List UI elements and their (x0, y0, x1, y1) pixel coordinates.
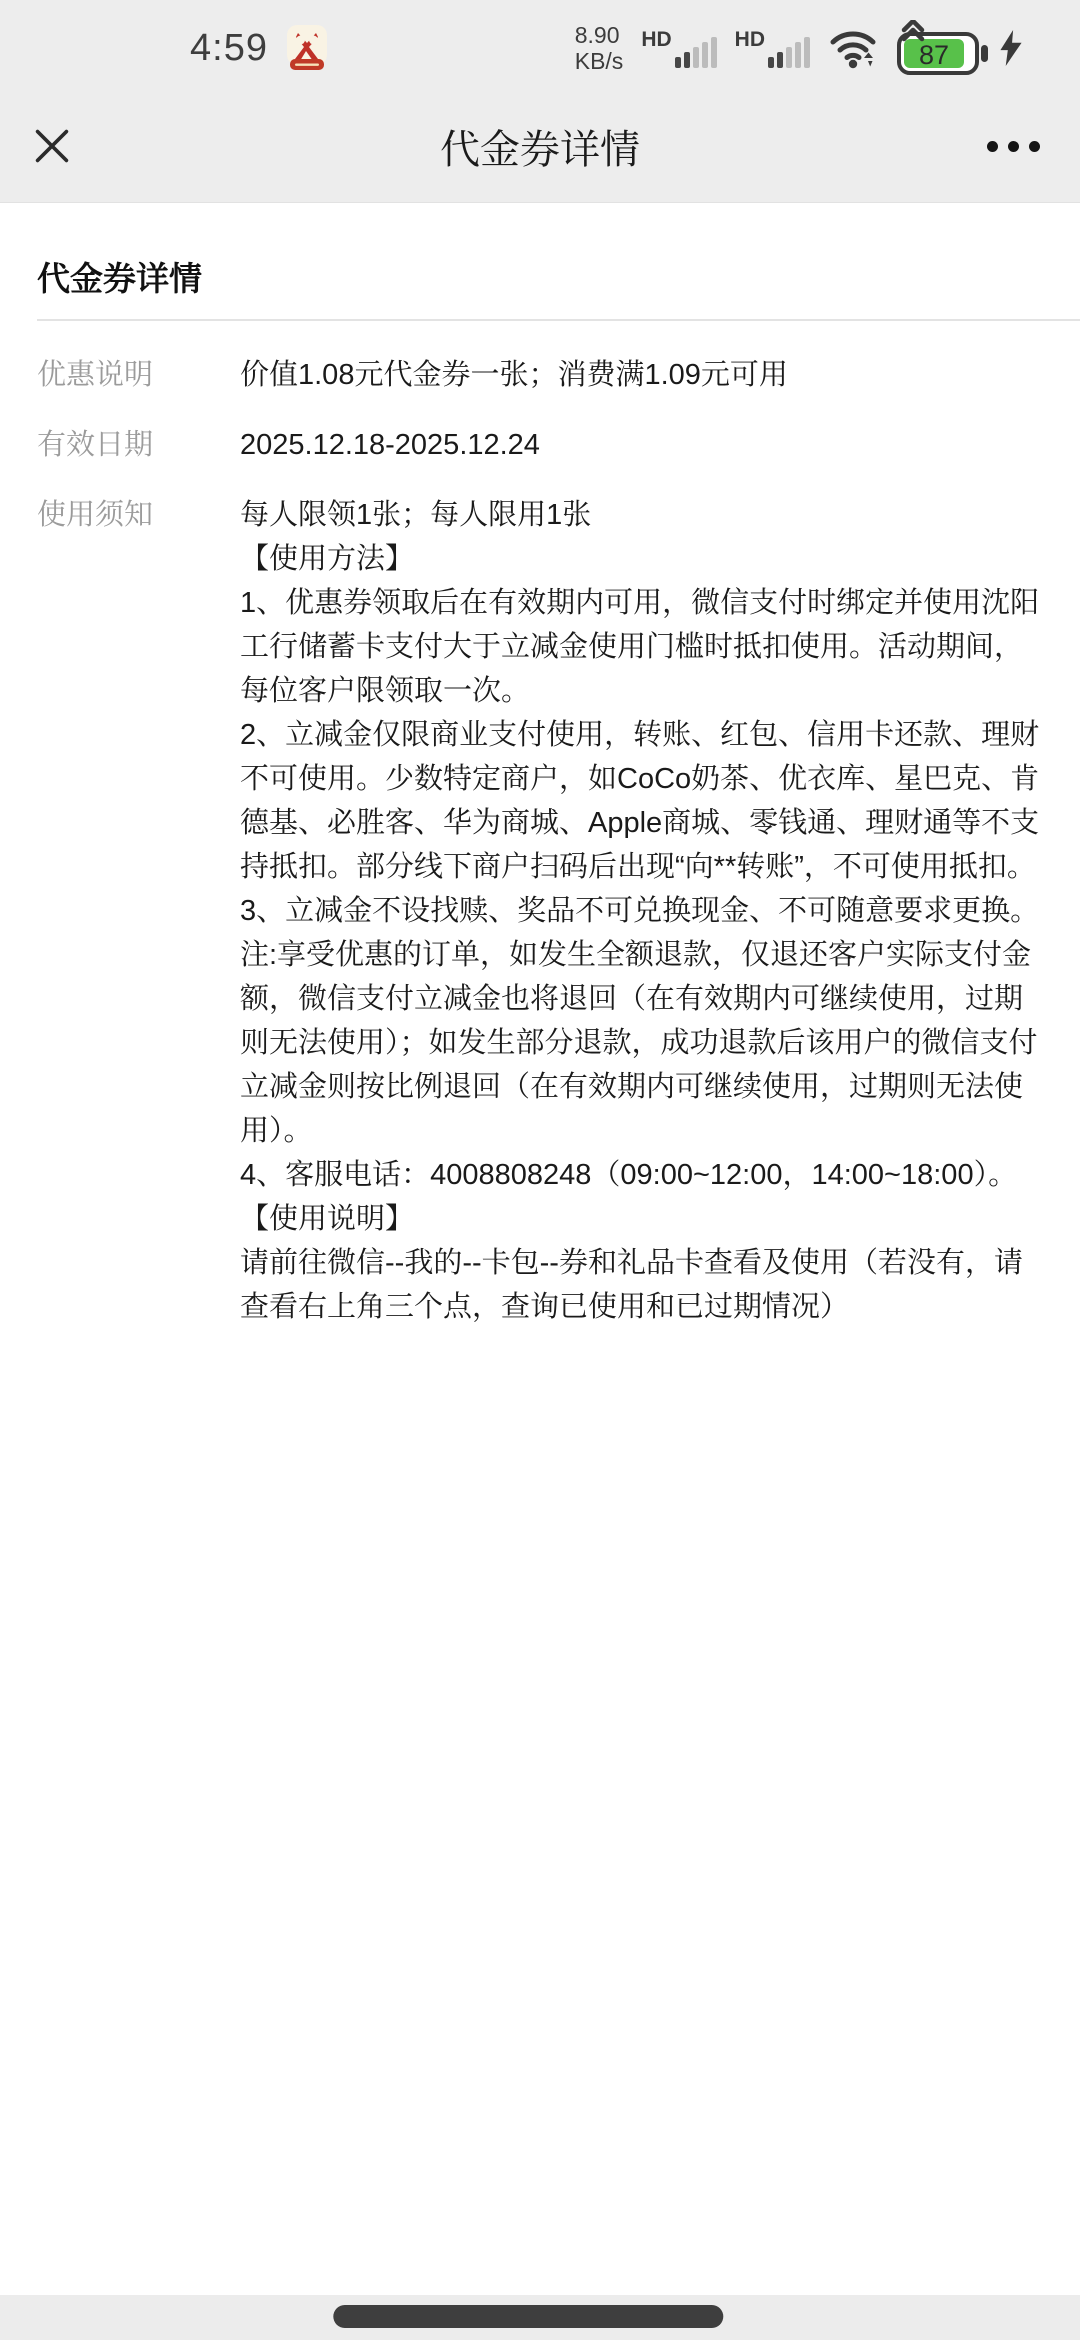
usage-note-line: 【使用方法】 (240, 537, 1045, 581)
field-row-validity: 有效日期 2025.12.18-2025.12.24 (37, 423, 1045, 467)
voucher-detail-panel: 代金券详情 优惠说明 价值1.08元代金券一张；消费满1.09元可用 有效日期 … (0, 203, 1080, 2295)
usage-note-line: 4、客服电话：4008808248（09:00~12:00，14:00~18:0… (240, 1153, 1045, 1197)
usage-note-line: 【使用说明】 (240, 1197, 1045, 1241)
app-notification-icon (284, 23, 330, 73)
wifi-icon (828, 27, 878, 69)
field-label: 优惠说明 (37, 353, 240, 397)
sim1-signal-bars: HD (641, 28, 716, 68)
more-options-icon[interactable] (983, 127, 1044, 166)
navigation-bar: 代金券详情 (0, 90, 1080, 203)
usage-notes: 每人限领1张；每人限用1张【使用方法】1、优惠券领取后在有效期内可用，微信支付时… (240, 493, 1045, 1329)
sim2-signal-bars: HD (735, 28, 810, 68)
page-title: 代金券详情 (120, 118, 960, 175)
hd-voice-badge: HD (641, 28, 671, 52)
field-value: 价值1.08元代金券一张；消费满1.09元可用 (240, 353, 1045, 397)
field-row-discount: 优惠说明 价值1.08元代金券一张；消费满1.09元可用 (37, 353, 1045, 397)
close-icon[interactable] (30, 124, 74, 168)
home-indicator[interactable] (333, 2305, 723, 2328)
usage-note-line: 2、立减金仅限商业支付使用，转账、红包、信用卡还款、理财不可使用。少数特定商户，… (240, 713, 1045, 889)
status-bar: 4:59 8.90 KB/s HD (0, 0, 1080, 90)
usage-note-line: 请前往微信--我的--卡包--券和礼品卡查看及使用（若没有，请查看右上角三个点，… (240, 1241, 1045, 1329)
clock: 4:59 (190, 27, 268, 70)
svg-text:87: 87 (919, 40, 949, 70)
section-heading: 代金券详情 (37, 261, 1045, 297)
field-row-usage-notes: 使用须知 每人限领1张；每人限用1张【使用方法】1、优惠券领取后在有效期内可用，… (37, 493, 1045, 1329)
field-value: 2025.12.18-2025.12.24 (240, 423, 1045, 467)
voucher-fields: 优惠说明 价值1.08元代金券一张；消费满1.09元可用 有效日期 2025.1… (37, 353, 1045, 1329)
divider (37, 319, 1080, 321)
network-speed: 8.90 KB/s (575, 22, 624, 74)
charging-bolt-icon (1000, 30, 1022, 66)
field-label: 使用须知 (37, 493, 240, 537)
battery-indicator: 87 87 (896, 20, 992, 76)
usage-note-line: 3、立减金不设找赎、奖品不可兑换现金、不可随意要求更换。注:享受优惠的订单，如发… (240, 889, 1045, 1153)
usage-note-line: 1、优惠券领取后在有效期内可用，微信支付时绑定并使用沈阳工行储蓄卡支付大于立减金… (240, 581, 1045, 713)
gesture-bar-area (0, 2295, 1080, 2340)
phone-screen: 4:59 8.90 KB/s HD (0, 0, 1080, 2340)
field-label: 有效日期 (37, 423, 240, 467)
hd-voice-badge: HD (735, 28, 765, 52)
usage-note-line: 每人限领1张；每人限用1张 (240, 493, 1045, 537)
